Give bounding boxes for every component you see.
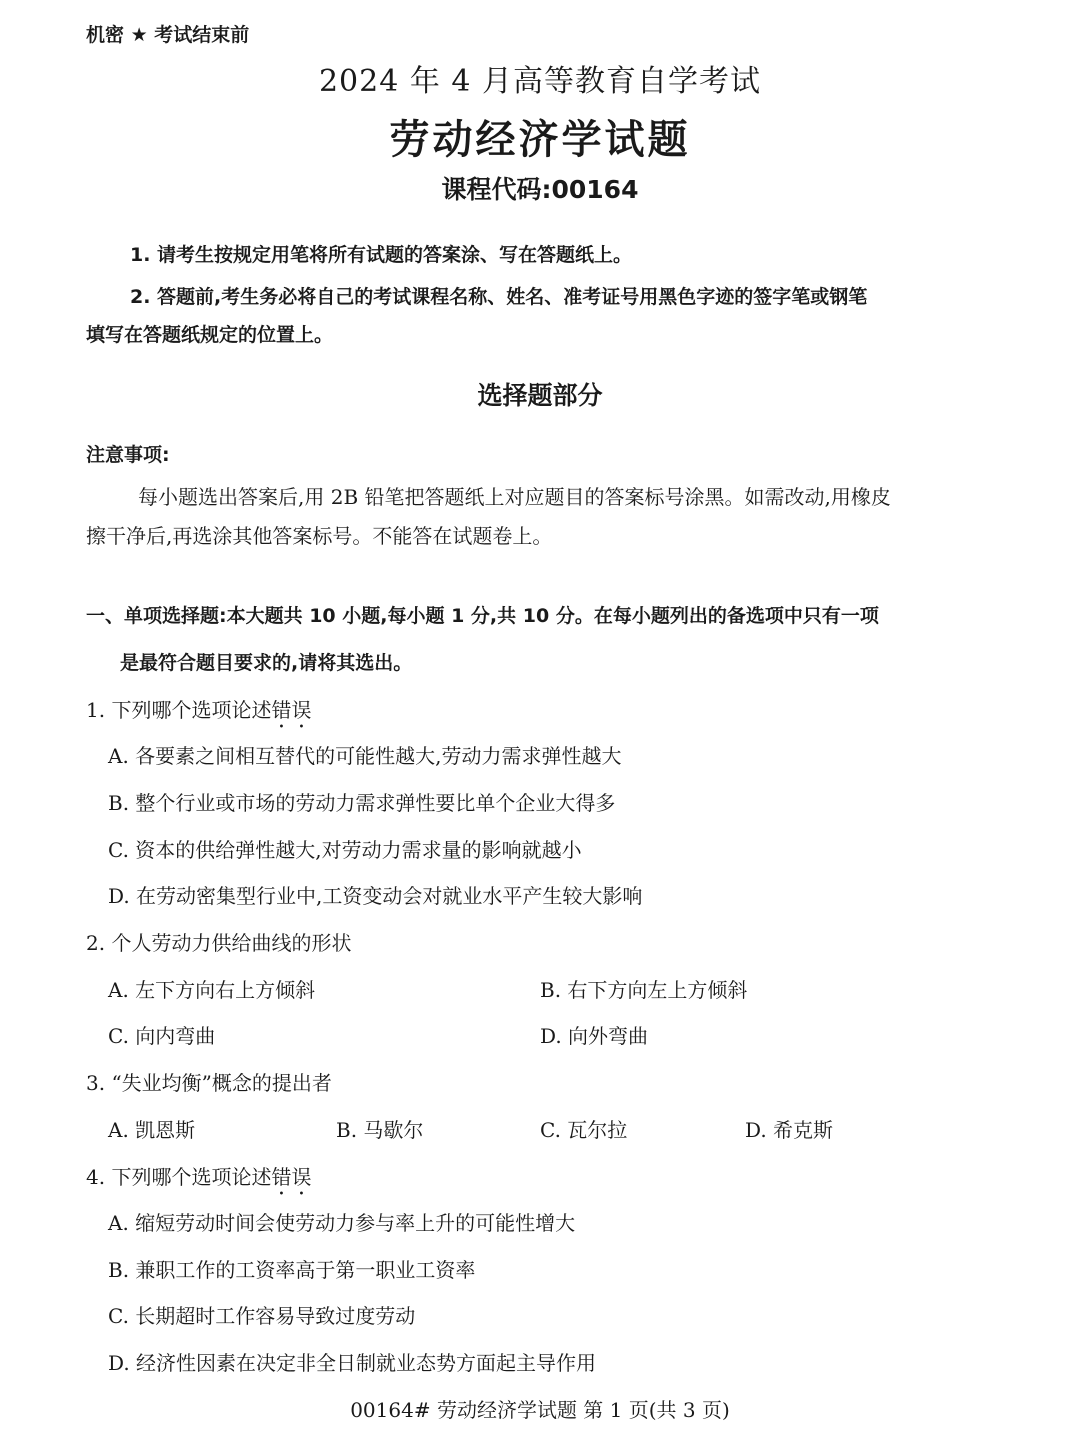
question-4-option-c: C. 长期超时工作容易导致过度劳动 [108, 1300, 415, 1329]
notice-line-2: 擦干净后,再选涂其他答案标号。不能答在试题卷上。 [86, 520, 552, 549]
question-2-option-d: D. 向外弯曲 [540, 1020, 648, 1049]
notice-heading: 注意事项: [86, 440, 170, 467]
question-3-option-d: D. 希克斯 [745, 1114, 833, 1143]
instruction-2: 2. 答题前,考生务必将自己的考试课程名称、姓名、准考证号用黑色字迹的签字笔或钢… [130, 282, 867, 309]
part1-heading-cont: 是最符合题目要求的,请将其选出。 [120, 648, 412, 675]
question-1-option-b: B. 整个行业或市场的劳动力需求弹性要比单个企业大得多 [108, 787, 615, 816]
question-3-option-a: A. 凯恩斯 [108, 1114, 195, 1143]
question-3-option-c: C. 瓦尔拉 [540, 1114, 627, 1143]
question-1-option-d: D. 在劳动密集型行业中,工资变动会对就业水平产生较大影响 [108, 880, 642, 909]
question-3-stem: 3. “失业均衡”概念的提出者 [86, 1067, 332, 1096]
question-4-option-b: B. 兼职工作的工资率高于第一职业工资率 [108, 1254, 475, 1283]
exam-name: 2024 年 4 月高等教育自学考试 [0, 56, 1080, 100]
question-1-option-a: A. 各要素之间相互替代的可能性越大,劳动力需求弹性越大 [108, 740, 622, 769]
question-1-stem: 1. 下列哪个选项论述错误 [86, 694, 311, 733]
part1-heading: 一、单项选择题:本大题共 10 小题,每小题 1 分,共 10 分。在每小题列出… [86, 601, 879, 628]
question-2-option-a: A. 左下方向右上方倾斜 [108, 974, 315, 1003]
question-1-text: 1. 下列哪个选项论述 [86, 698, 271, 722]
confidential-label: 机密 ★ 考试结束前 [86, 20, 249, 47]
question-1-option-c: C. 资本的供给弹性越大,对劳动力需求量的影响就越小 [108, 834, 582, 863]
question-4-stem: 4. 下列哪个选项论述错误 [86, 1161, 311, 1200]
question-4-text: 4. 下列哪个选项论述 [86, 1165, 271, 1189]
course-code: 课程代码:00164 [0, 170, 1080, 206]
question-3-option-b: B. 马歇尔 [336, 1114, 423, 1143]
question-4-option-a: A. 缩短劳动时间会使劳动力参与率上升的可能性增大 [108, 1207, 575, 1236]
section-title: 选择题部分 [0, 376, 1080, 412]
page-title: 劳动经济学试题 [0, 108, 1080, 165]
question-4-option-d: D. 经济性因素在决定非全日制就业态势方面起主导作用 [108, 1347, 596, 1376]
question-1-emphasis: 错误 [271, 698, 311, 722]
question-2-option-c: C. 向内弯曲 [108, 1020, 215, 1049]
question-4-emphasis: 错误 [271, 1165, 311, 1189]
notice-line-1: 每小题选出答案后,用 2B 铅笔把答题纸上对应题目的答案标号涂黑。如需改动,用橡… [138, 481, 891, 510]
question-2-stem: 2. 个人劳动力供给曲线的形状 [86, 927, 351, 956]
page-footer: 00164# 劳动经济学试题 第 1 页(共 3 页) [0, 1394, 1080, 1423]
instruction-2-cont: 填写在答题纸规定的位置上。 [86, 320, 333, 347]
question-2-option-b: B. 右下方向左上方倾斜 [540, 974, 747, 1003]
instruction-1: 1. 请考生按规定用笔将所有试题的答案涂、写在答题纸上。 [130, 240, 632, 267]
